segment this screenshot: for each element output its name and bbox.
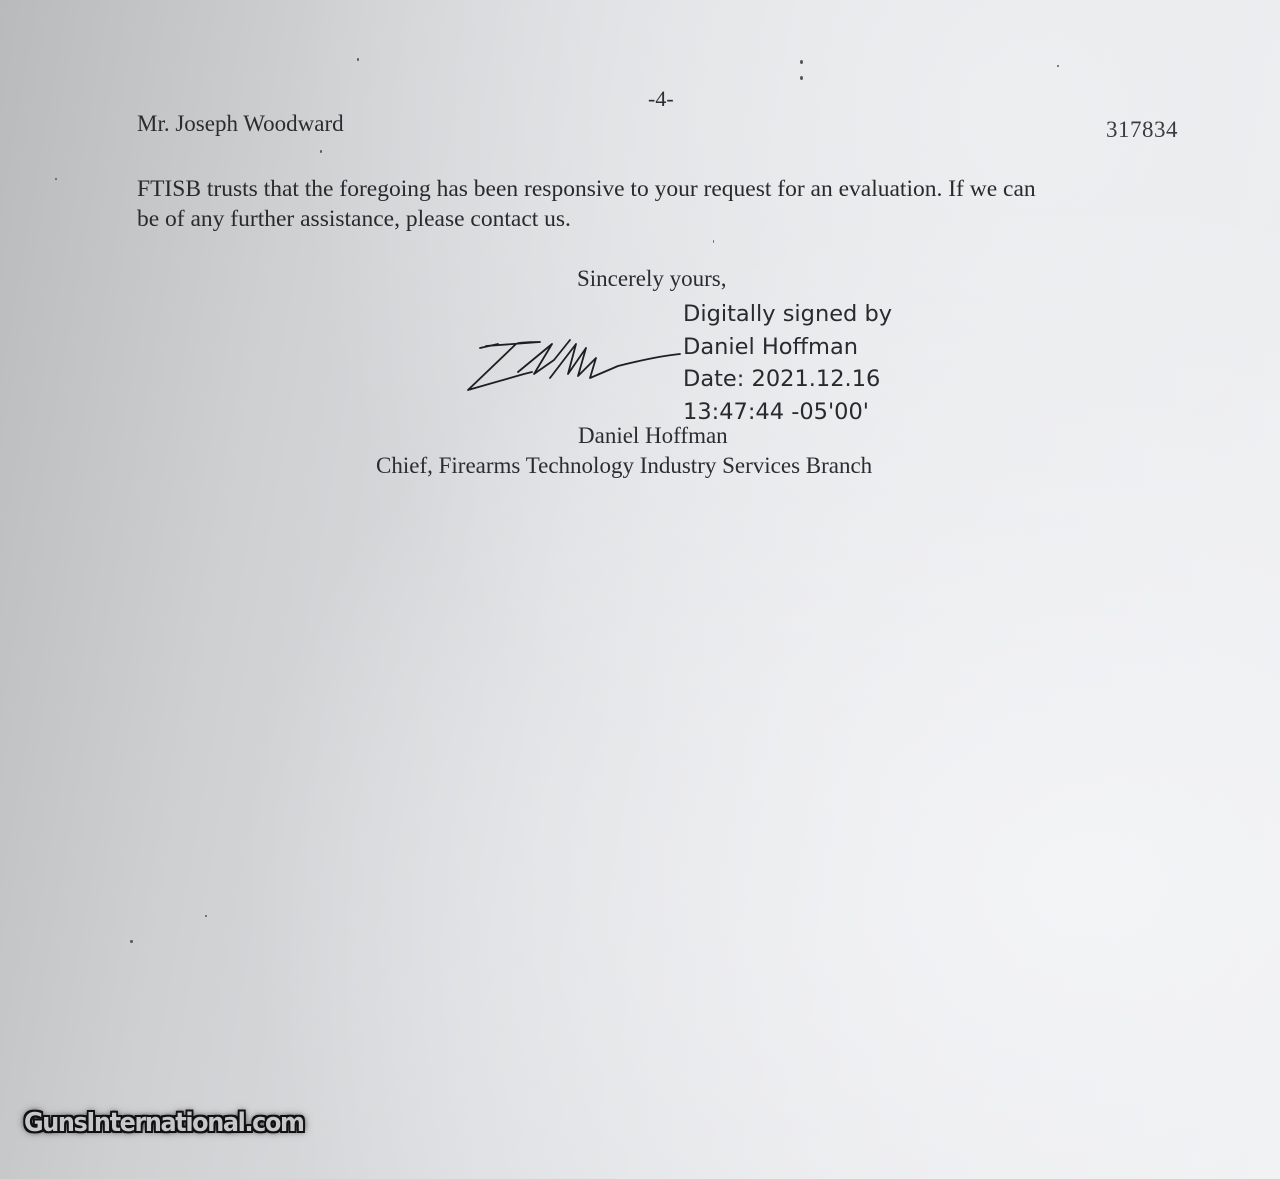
closing: Sincerely yours,	[577, 266, 726, 292]
paper-speck	[205, 915, 207, 917]
body-line: be of any further assistance, please con…	[137, 204, 1177, 234]
page-number: -4-	[648, 86, 674, 112]
digital-signature-line: Daniel Hoffman	[683, 331, 892, 364]
paper-speck	[357, 58, 359, 61]
paper-speck	[800, 60, 803, 64]
watermark-logo: GunsInternational.com	[24, 1108, 304, 1138]
paper-speck	[800, 76, 803, 80]
signer-title: Chief, Firearms Technology Industry Serv…	[376, 453, 872, 479]
reference-number: 317834	[1106, 117, 1178, 143]
recipient-name: Mr. Joseph Woodward	[137, 111, 344, 137]
handwritten-signature-icon	[458, 332, 683, 392]
paper-speck	[55, 178, 57, 180]
digital-signature-line: Digitally signed by	[683, 298, 892, 331]
letter-body: FTISB trusts that the foregoing has been…	[137, 174, 1177, 234]
paper-speck	[130, 940, 133, 943]
signer-name: Daniel Hoffman	[578, 423, 728, 449]
digital-signature-line: Date: 2021.12.16	[683, 363, 892, 396]
paper-speck	[320, 150, 322, 153]
paper-speck	[713, 240, 714, 243]
digital-signature-block: Digitally signed by Daniel Hoffman Date:…	[683, 298, 892, 428]
body-line: FTISB trusts that the foregoing has been…	[137, 174, 1177, 204]
paper-speck	[1057, 65, 1059, 67]
